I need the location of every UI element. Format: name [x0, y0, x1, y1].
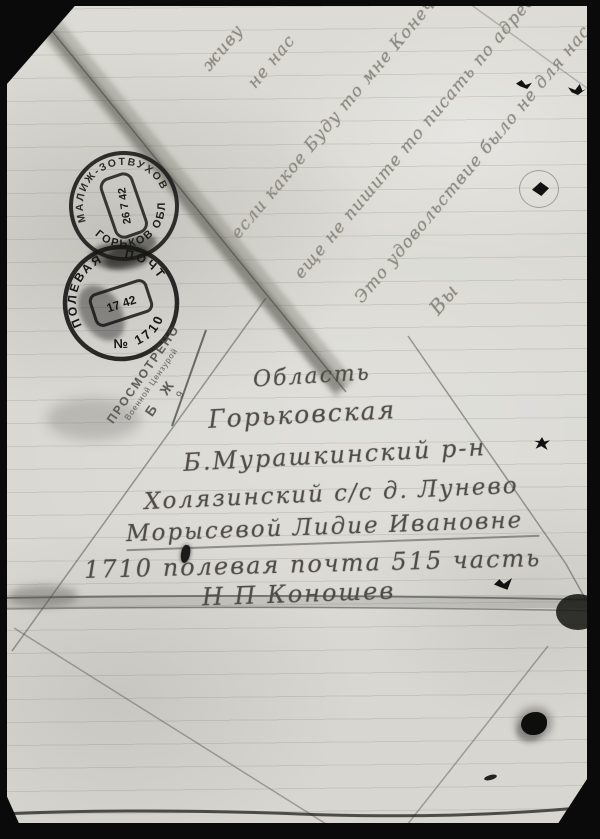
note-line: не нас: [244, 31, 300, 93]
scan-corner-notch-top-left: [0, 0, 80, 92]
scan-border-left: [0, 0, 7, 839]
scanned-letter: МАЛИЖ-ЗОТВУХОВ ГОРЬКОВ ОБЛ 26 7 42 ПОЛЕВ…: [0, 0, 600, 839]
censor-stamp-line4: 9: [174, 390, 186, 401]
edge-smudge: [8, 585, 78, 607]
scan-border-right: [587, 0, 600, 839]
scan-corner-notch-bottom-right: [548, 759, 600, 839]
ink-blot: [521, 712, 547, 735]
scan-border-top: [0, 0, 600, 6]
scan-border-bottom: [0, 823, 600, 839]
center-smudge: [46, 398, 141, 440]
scan-corner-notch-bottom-left: [0, 781, 26, 839]
